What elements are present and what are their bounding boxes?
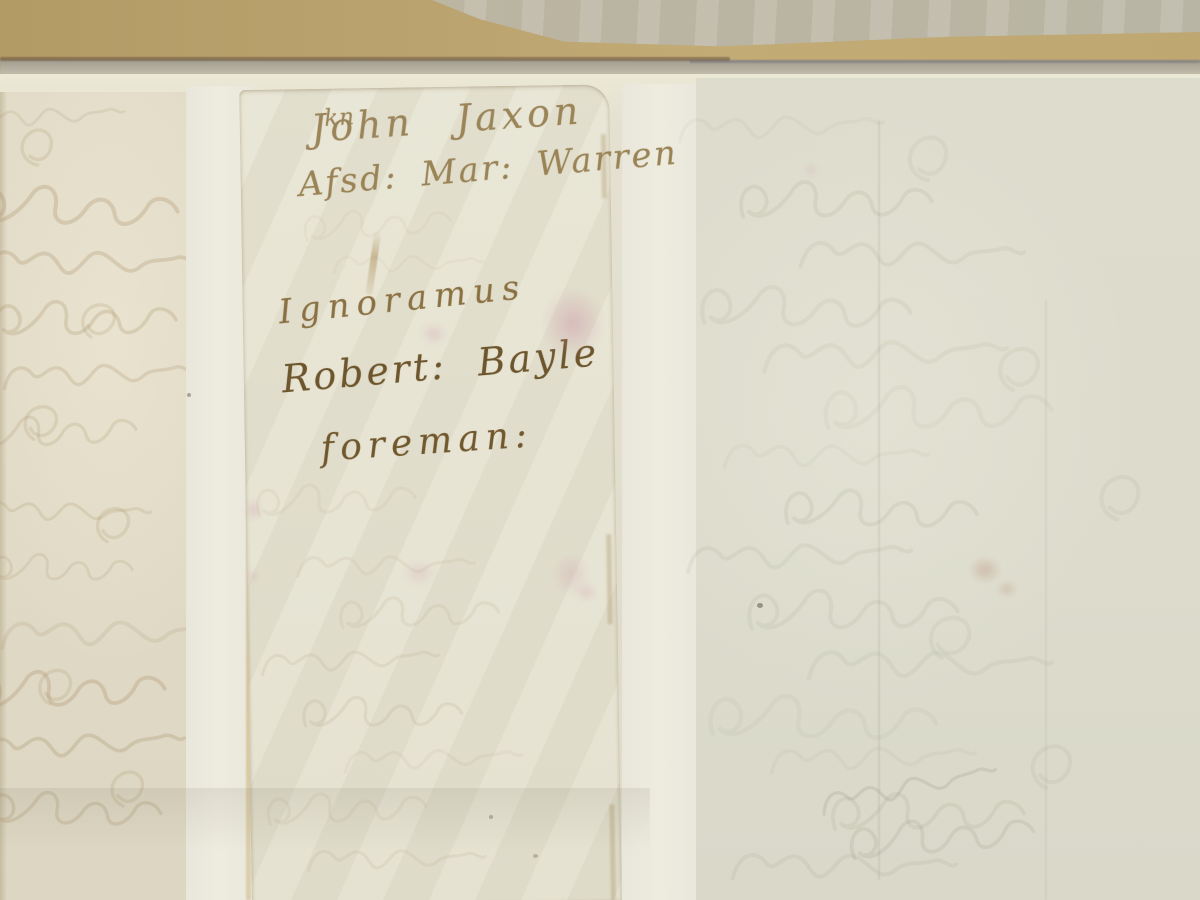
page-edge-shadow-right — [690, 60, 1200, 63]
pink-stain — [803, 162, 819, 178]
endorsement-strip: John Jaxonkn Afsd: Mar: Warren Ignoramus… — [239, 84, 622, 900]
ink-fleck — [187, 393, 191, 397]
pink-stain — [402, 560, 436, 586]
pink-stain — [542, 288, 604, 358]
pink-stain — [246, 568, 260, 584]
left-page-ghost-writing — [0, 92, 186, 900]
pink-stain — [420, 322, 448, 346]
rust-stain — [996, 580, 1018, 598]
manuscript-photo: John Jaxonkn Afsd: Mar: Warren Ignoramus… — [0, 0, 1200, 900]
strip-ghost-writing — [239, 84, 622, 900]
pink-stain — [243, 498, 263, 522]
pink-stain — [574, 582, 598, 602]
guard-strip-right — [622, 84, 696, 900]
right-page-ghost-writing — [696, 78, 1200, 900]
ink-fleck — [533, 854, 538, 858]
page-edge-shadow-left — [0, 57, 730, 61]
ink-fleck — [757, 603, 763, 608]
bottom-shading — [0, 788, 650, 852]
rust-stain — [968, 556, 1002, 584]
